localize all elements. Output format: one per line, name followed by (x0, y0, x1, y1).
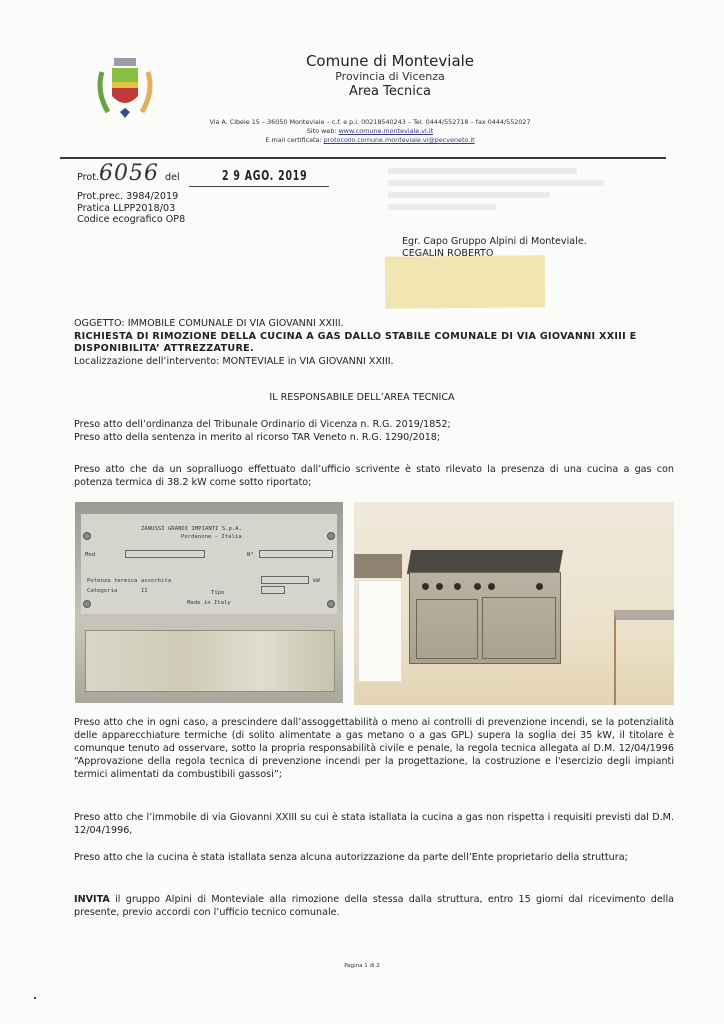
oggetto-line: OGGETTO: IMMOBILE COMUNALE DI VIA GIOVAN… (74, 318, 674, 331)
subject-title: RICHIESTA DI RIMOZIONE DELLA CUCINA A GA… (74, 331, 674, 356)
prot-label: Prot. (77, 172, 99, 183)
letterhead: Comune di Monteviale Provincia di Vicenz… (180, 52, 600, 100)
scan-speck (34, 997, 36, 999)
oven-door-left (416, 599, 478, 659)
stove-burners (407, 550, 563, 574)
header-divider (60, 157, 666, 159)
paragraph-line: Preso atto della sentenza in merito al r… (74, 431, 674, 444)
date-stamp: 2 9 AGO. 2019 (222, 169, 307, 184)
coat-of-arms-icon (94, 52, 156, 126)
stove-body (409, 572, 561, 664)
plate-field (261, 586, 285, 594)
redaction-tape-icon (385, 255, 545, 308)
paragraph-regola-tecnica: Preso atto che in ogni caso, a prescinde… (74, 716, 674, 781)
knob-icon (536, 583, 543, 590)
document-page: Comune di Monteviale Provincia di Vicenz… (0, 0, 724, 1024)
plate-nr-label: N° (247, 552, 254, 558)
paragraph-requisiti: Preso atto che l’immobile di via Giovann… (74, 811, 674, 837)
pec-label: E.mail certificata: (265, 136, 321, 144)
paragraph-autorizzazione: Preso atto che la cucina è stata istalla… (74, 851, 674, 864)
plate-category-value: II (141, 588, 148, 594)
address-line: Via A. Cibele 15 – 36050 Monteviale – c.… (170, 118, 570, 127)
date-underline (189, 186, 329, 187)
oven-door-right (482, 597, 556, 659)
knob-icon (436, 583, 443, 590)
recipient-line-1: Egr. Capo Gruppo Alpini di Monteviale. (402, 236, 587, 248)
knob-icon (454, 583, 461, 590)
plate-field (261, 576, 309, 584)
plate-made: Made in Italy (187, 600, 231, 606)
paragraph-ordinanza: Preso atto dell’ordinanza del Tribunale … (74, 418, 674, 444)
paragraph-invita: INVITA il gruppo Alpini di Monteviale al… (74, 893, 674, 919)
plate-maker: ZANUSSI GRANDI IMPIANTI S.p.A. (141, 526, 242, 532)
website-label: Sito web: (307, 127, 337, 135)
bleed-through-text (388, 168, 658, 224)
contact-block: Via A. Cibele 15 – 36050 Monteviale – c.… (170, 118, 570, 145)
screw-icon (83, 532, 91, 540)
nameplate-photo: ZANUSSI GRANDI IMPIANTI S.p.A. Pordenone… (75, 502, 343, 703)
invita-text: il gruppo Alpini di Monteviale alla rimo… (74, 894, 674, 918)
page-number: Pagina 1 di 2 (0, 963, 724, 969)
paragraph-sopralluogo: Preso atto che da un sopralluogo effettu… (74, 463, 674, 489)
gas-stove-photo (354, 502, 674, 705)
plate-city: Pordenone - Italia (181, 534, 242, 540)
side-table (614, 610, 674, 705)
pec-link[interactable]: protocollo.comune.monteviale.vi@pecvenet… (324, 136, 475, 144)
prot-prec: Prot.prec. 3984/2019 (77, 191, 185, 203)
localizzazione: Localizzazione dell’intervento: MONTEVIA… (74, 356, 674, 369)
screw-icon (327, 600, 335, 608)
protocol-details: Prot.prec. 3984/2019 Pratica LLPP2018/03… (77, 191, 185, 226)
plate-category-label: Categoria (87, 588, 117, 594)
screw-icon (327, 532, 335, 540)
knob-icon (422, 583, 429, 590)
invita-keyword: INVITA (74, 894, 110, 905)
plate-type-label: Tipo (211, 590, 224, 596)
del-label: del (165, 172, 180, 183)
pratica: Pratica LLPP2018/03 (77, 203, 185, 215)
lower-plate (85, 630, 335, 692)
responsible-heading: IL RESPONSABILE DELL’AREA TECNICA (0, 392, 724, 403)
website-link[interactable]: www.comune.monteviale.vi.it (339, 127, 434, 135)
fridge (358, 580, 402, 682)
plate-mod-label: Mod (85, 552, 95, 558)
protocol-line: Prot.6056del (77, 168, 180, 184)
paragraph-line: Preso atto dell’ordinanza del Tribunale … (74, 418, 674, 431)
municipality-name: Comune di Monteviale (180, 52, 600, 70)
plate-power-unit: kW (313, 578, 320, 584)
province-name: Provincia di Vicenza (180, 70, 600, 84)
plate-field (125, 550, 205, 558)
nameplate: ZANUSSI GRANDI IMPIANTI S.p.A. Pordenone… (81, 514, 337, 614)
subject-block: OGGETTO: IMMOBILE COMUNALE DI VIA GIOVAN… (74, 318, 674, 368)
prot-number: 6056 (99, 161, 159, 186)
codice-ecografico: Codice ecografico OP8 (77, 214, 185, 226)
knob-icon (488, 583, 495, 590)
screw-icon (83, 600, 91, 608)
department-name: Area Tecnica (180, 84, 600, 100)
plate-power-label: Potenza termica assorbita (87, 578, 171, 584)
knob-icon (474, 583, 481, 590)
plate-field (259, 550, 333, 558)
counter (354, 554, 402, 578)
